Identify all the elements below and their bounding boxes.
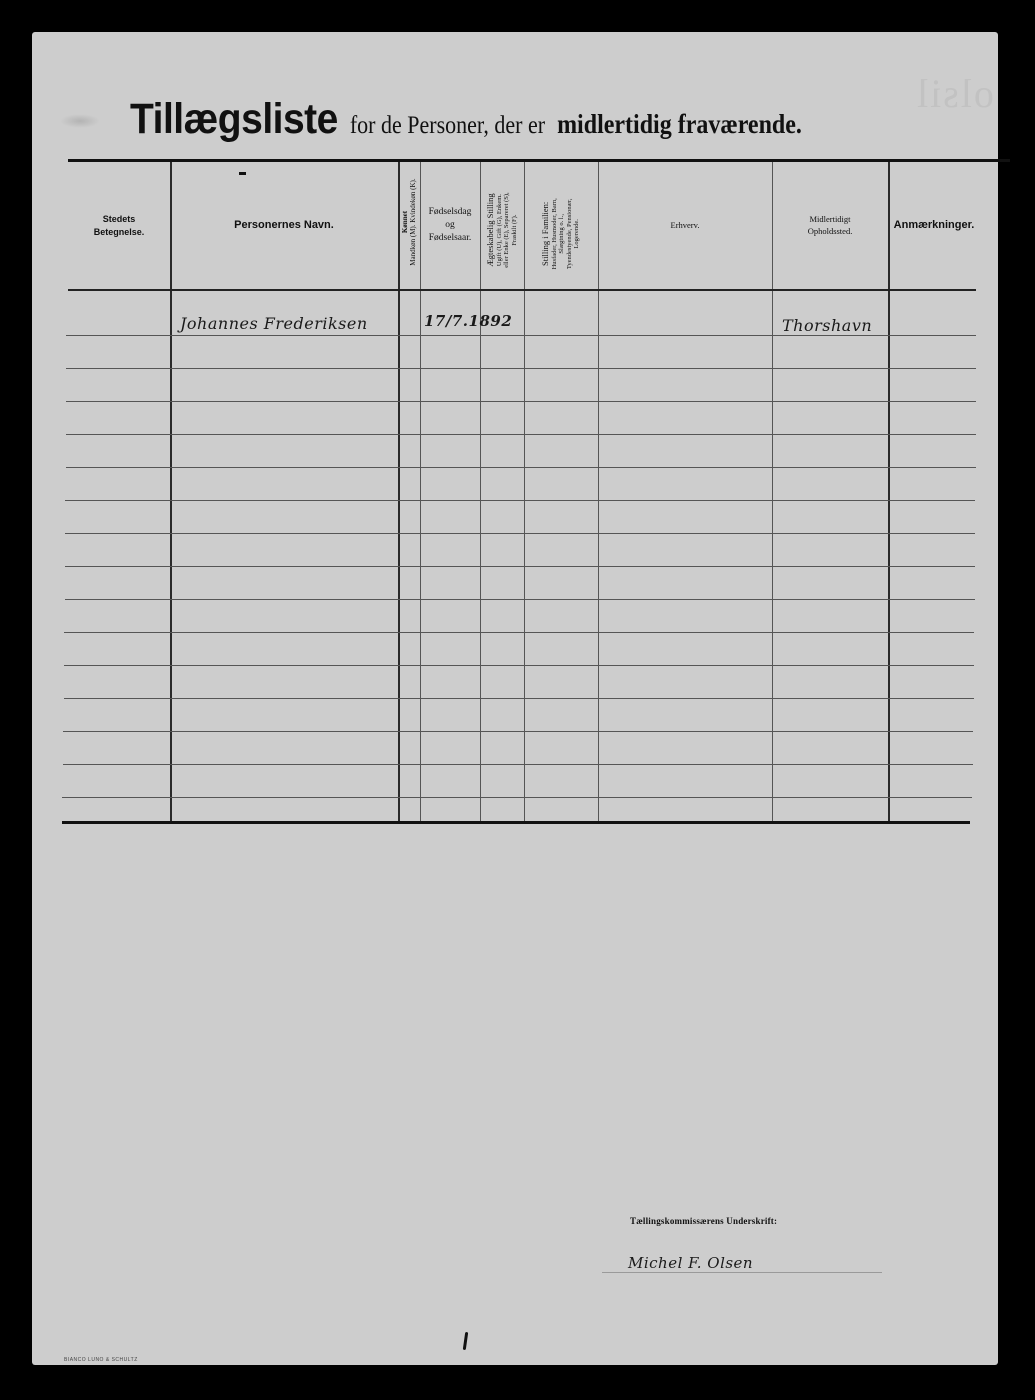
header-stedets-betegnelse: Stedets Betegnelse. [68,162,170,289]
header-personernes-navn: Personernes Navn. [170,162,398,289]
signature-label: Tællingskommissærens Underskrift: [630,1216,777,1226]
header-fodselsdag: Fødselsdag og Fødselsaar. [420,162,480,289]
row-line [63,731,973,732]
entry-birthdate: 17/7.1892 [424,312,512,330]
ink-mark [463,1332,468,1350]
header-erhverv: Erhverv. [598,162,772,289]
title-middle: for de Personer, der er [350,110,545,140]
row-line [66,401,976,402]
header-separator [68,289,976,291]
header-aegteskabelig: Ægteskabelig Stilling Ugift (U), Gift (G… [480,162,524,289]
row-line [62,797,972,798]
row-line [64,698,974,699]
signature-line [602,1272,882,1273]
ink-smudge [60,114,100,128]
row-line [64,632,974,633]
entry-temp-residence: Thorshavn [782,316,872,335]
row-line [64,665,974,666]
title-main: Tillægsliste [130,96,338,144]
form-title: Tillægsliste for de Personer, der er mid… [130,98,802,142]
header-kjonnet: Kønnet Mandkøn (M). Kvindekøn (K). [398,162,420,289]
row-line [66,434,976,435]
row-line [66,368,976,369]
row-line [65,533,975,534]
title-bold: midlertidig fraværende. [557,110,802,141]
row-line [66,335,976,336]
row-line [65,599,975,600]
printer-mark: BIANCO LUNO & SCHULTZ [64,1357,138,1363]
bottom-rule [62,821,970,824]
census-form-page: olsil Tillægsliste for de Personer, der … [32,32,998,1365]
row-line [65,566,975,567]
entry-name: Johannes Frederiksen [180,314,368,333]
header-anmaerkninger: Anmærkninger. [888,162,980,289]
row-line [63,764,973,765]
signature: Michel F. Olsen [628,1254,753,1272]
row-line [66,467,976,468]
bleed-through-text: olsil [915,70,994,117]
header-stilling-familien: Stilling i Familien: Husfader, Husmoder,… [524,162,598,289]
header-midlertidigt-opholdssted: Midlertidigt Opholdssted. [772,162,888,289]
row-line [65,500,975,501]
